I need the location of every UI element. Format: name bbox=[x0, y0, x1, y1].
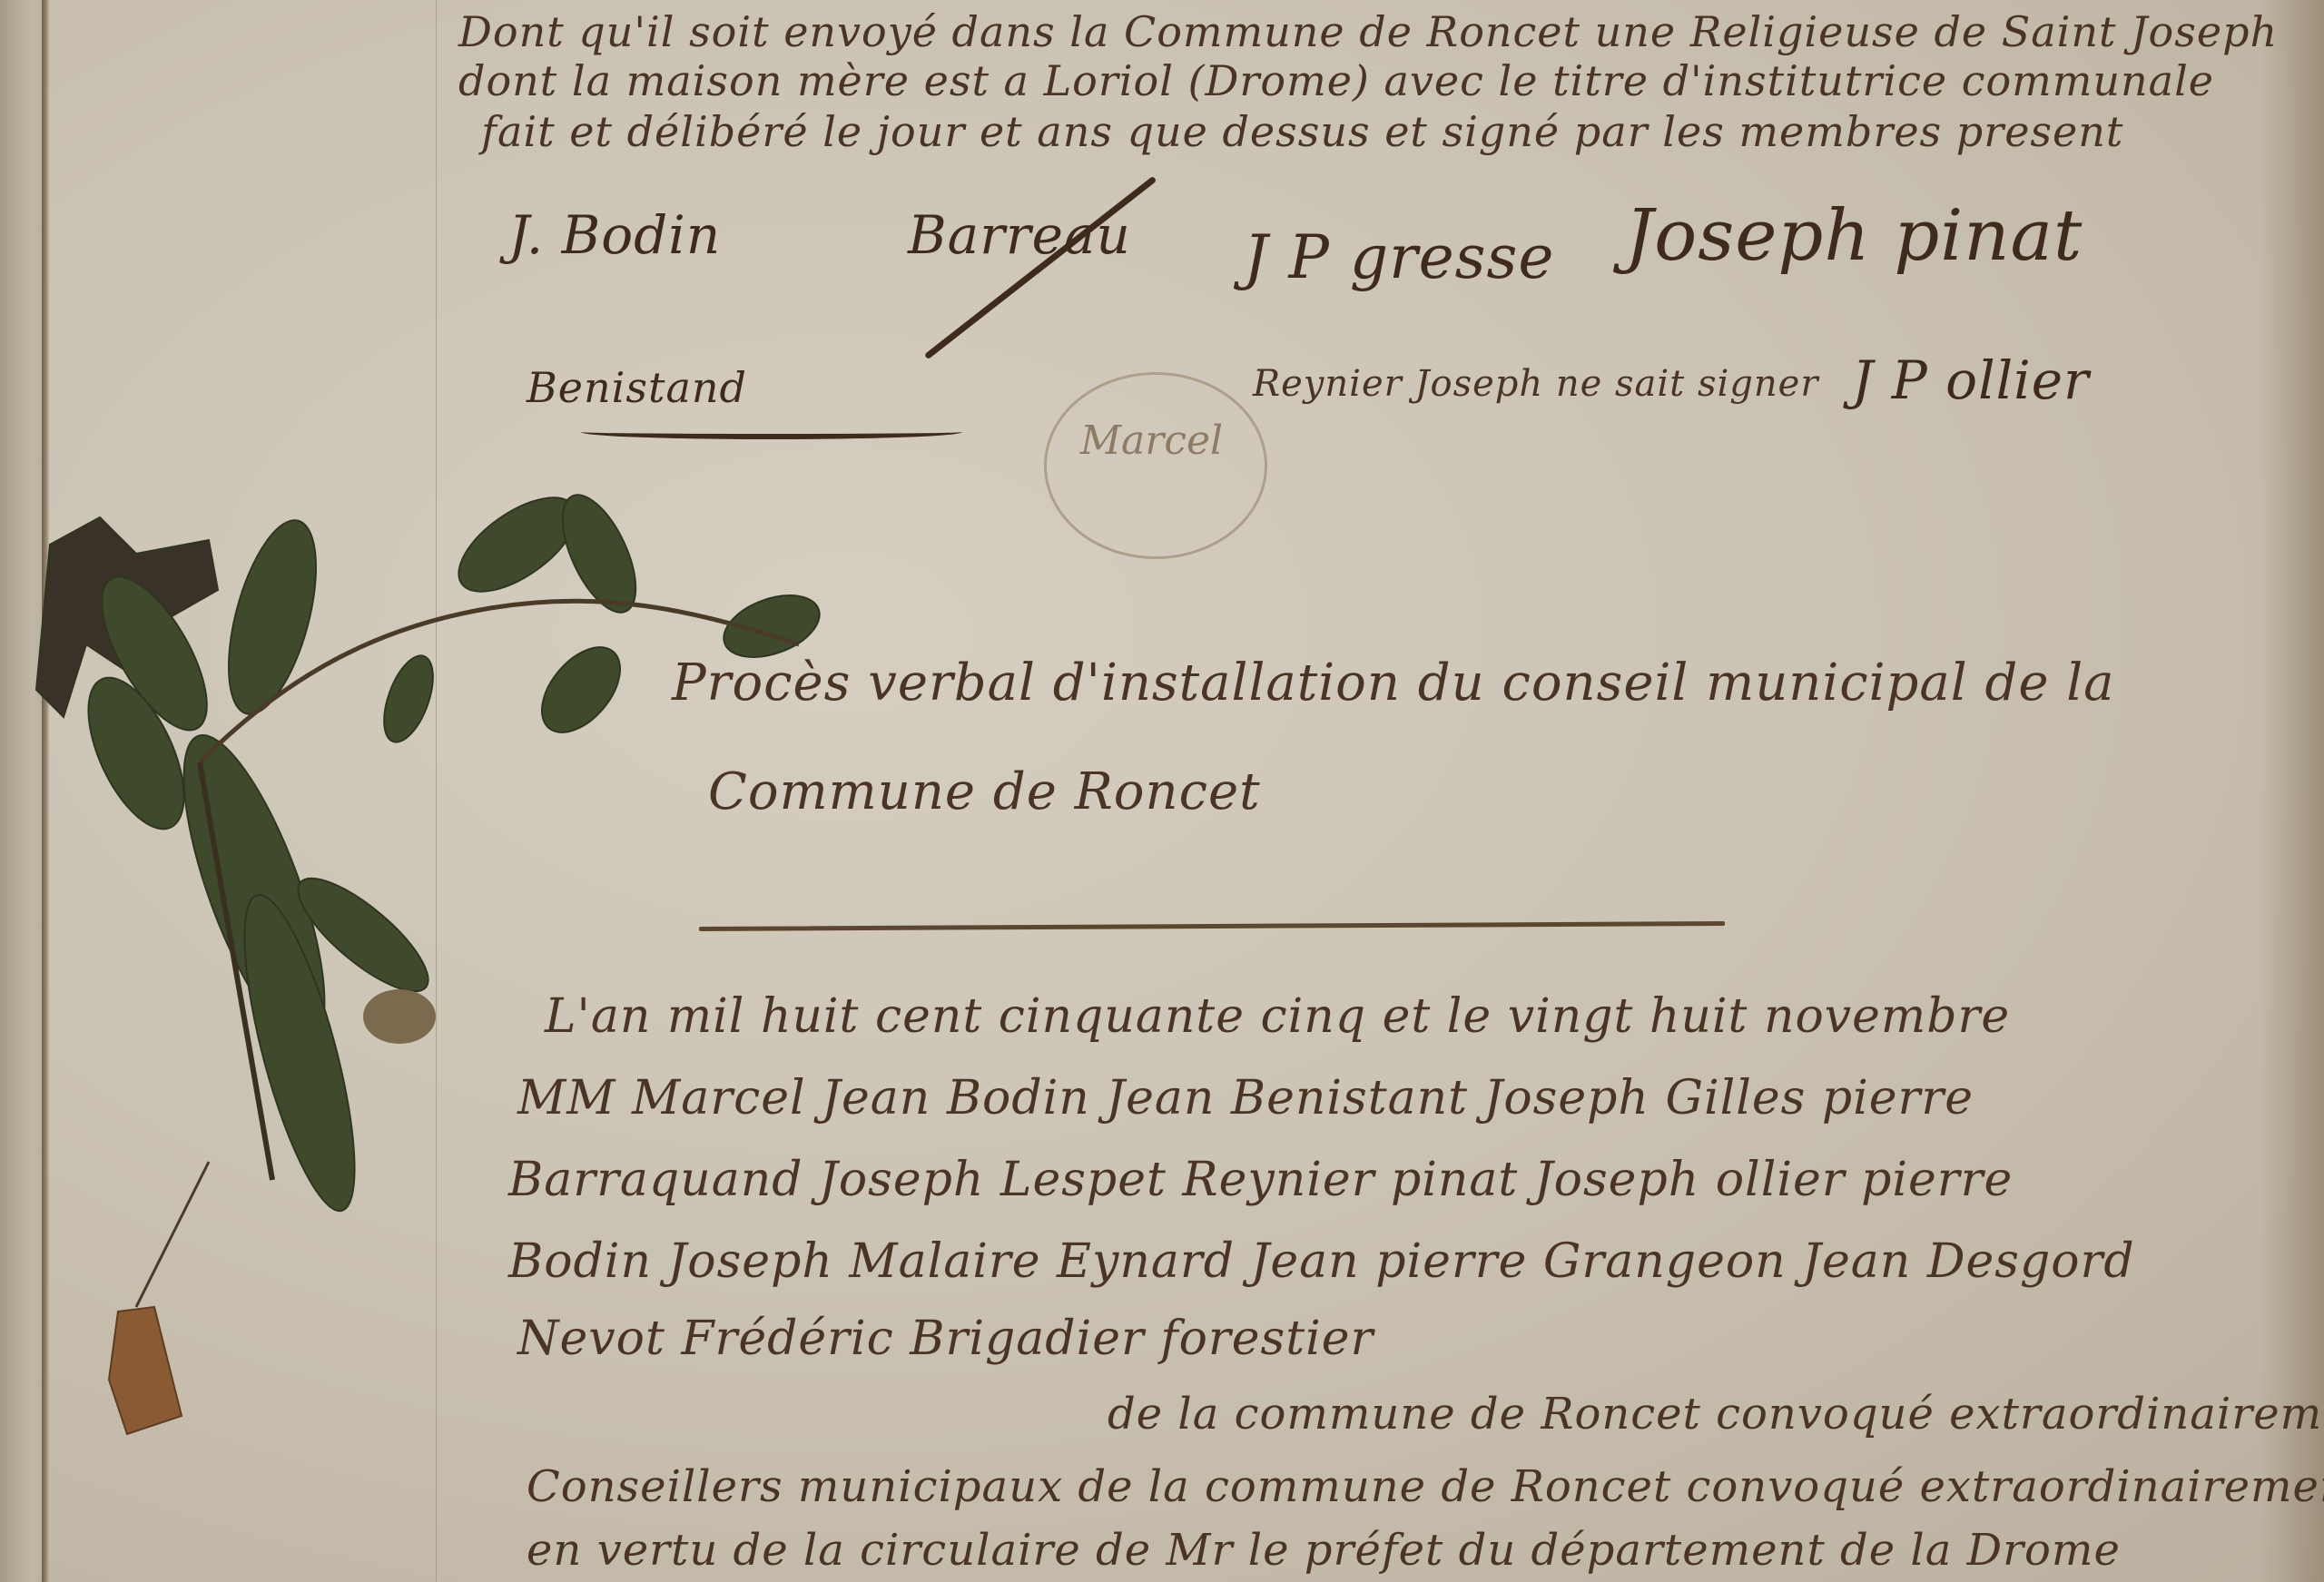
section-title: Procès verbal d'installation du conseil … bbox=[672, 653, 2115, 712]
text-line: Dont qu'il soit envoyé dans la Commune d… bbox=[458, 7, 2278, 56]
text-line: dont la maison mère est a Loriol (Drome)… bbox=[458, 56, 2214, 105]
text-line: de la commune de Roncet convoqué extraor… bbox=[1108, 1389, 2324, 1440]
signature: J. Bodin bbox=[508, 204, 721, 266]
signature: Barreau bbox=[908, 204, 1131, 266]
signature: J P gresse bbox=[1244, 222, 1554, 292]
page-shadow bbox=[2260, 0, 2324, 1582]
pressed-plant-image bbox=[0, 490, 862, 1534]
text-line: fait et délibéré le jour et ans que dess… bbox=[481, 107, 2123, 156]
signature: J P ollier bbox=[1852, 349, 2090, 411]
signature-underline bbox=[581, 425, 962, 439]
stamp-signature: Marcel bbox=[1080, 418, 1223, 464]
signature: Reynier Joseph ne sait signer bbox=[1253, 363, 1818, 405]
stamp-circle bbox=[1044, 372, 1267, 559]
signature: Benistand bbox=[527, 363, 747, 412]
seed-head bbox=[363, 989, 436, 1044]
signature: Joseph pinat bbox=[1625, 195, 2083, 277]
